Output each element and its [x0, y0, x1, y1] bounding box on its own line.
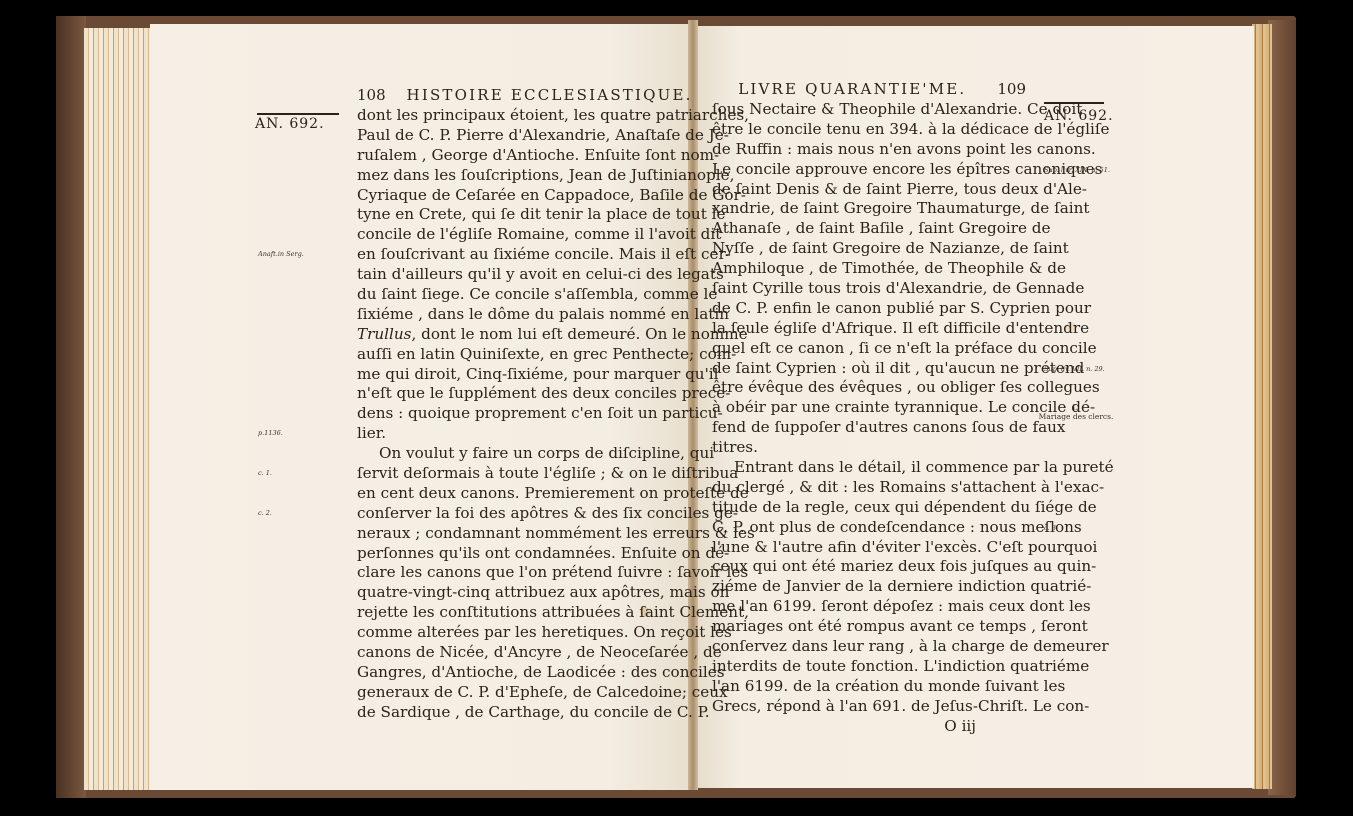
page-number: 108: [357, 86, 386, 104]
margin-year-label: AN. 692.: [1044, 108, 1114, 124]
text-line: de ſaint Denis & de ſaint Pierre, tous d…: [712, 180, 1034, 200]
signature-mark: O iij: [712, 717, 1034, 737]
text-line: Le concile approuve encore les épîtres c…: [712, 160, 1034, 180]
text-line: conſervez dans leur rang , à la charge d…: [712, 637, 1034, 657]
text-line: canons de Nicée, d'Ancyre , de Neoceſaré…: [357, 643, 683, 663]
page-edges-left: [84, 28, 152, 790]
text-line: dens : quoique proprement c'en ſoit un p…: [357, 404, 683, 424]
text-line: du ſaint ſiege. Ce concile s'aſſembla, c…: [357, 285, 683, 305]
text-line: la ſeule égliſe d'Afrique. Il eſt diffic…: [712, 319, 1034, 339]
text-line: Trullus, dont le nom lui eſt demeuré. On…: [357, 325, 683, 345]
cover-left-edge: [56, 16, 86, 798]
text-line: ſixiéme , dans le dôme du palais nommé e…: [357, 305, 683, 325]
year-rule: [257, 113, 339, 115]
text-line: Nyſſe , de ſaint Gregoire de Nazianze, d…: [712, 239, 1034, 259]
text-line: Paul de C. P. Pierre d'Alexandrie, Anaſt…: [357, 126, 683, 146]
text-line: Amphiloque , de Timothée, de Theophile &…: [712, 259, 1034, 279]
text-line: du clergé , & dit : les Romains s'attach…: [712, 478, 1034, 498]
text-line: titude de la regle, ceux qui dépendent d…: [712, 498, 1034, 518]
margin-note: p.1136.: [258, 429, 338, 438]
text-line: ceux qui ont été mariez deux fois juſque…: [712, 557, 1034, 577]
text-line: n'eſt que le ſupplément des deux concile…: [357, 384, 683, 404]
page-number: 109: [997, 80, 1026, 98]
text-line: de Ruffin : mais nous n'en avons point l…: [712, 140, 1034, 160]
text-line: l'une & l'autre afin d'éviter l'excès. C…: [712, 538, 1034, 558]
page-edges-right: [1252, 24, 1272, 789]
text-line: me l'an 6199. ſeront dépoſez : mais ceux…: [712, 597, 1034, 617]
text-line: C. P. ont plus de condeſcendance : nous …: [712, 518, 1034, 538]
text-line: l'an 6199. de la création du monde ſuiva…: [712, 677, 1034, 697]
text-line: clare les canons que l'on prétend ſuivre…: [357, 563, 683, 583]
text-line: ſous Nectaire & Theophile d'Alexandrie. …: [712, 100, 1034, 120]
text-line: interdits de toute fonction. L'indiction…: [712, 657, 1034, 677]
text-line: generaux de C. P. d'Epheſe, de Calcedoin…: [357, 683, 683, 703]
text-line: ſervit deſormais à toute l'égliſe ; & on…: [357, 464, 683, 484]
text-line: On voulut y faire un corps de diſcipline…: [357, 444, 683, 464]
text-line: à obéir par une crainte tyrannique. Le c…: [712, 398, 1034, 418]
text-line: mariages ont été rompus avant ce temps ,…: [712, 617, 1034, 637]
margin-year-label: AN. 692.: [255, 116, 325, 132]
text-line: ruſalem , George d'Antioche. Enſuite ſon…: [357, 146, 683, 166]
text-line: neraux ; condamnant nommément les erreur…: [357, 524, 683, 544]
side-heading: L. Mariage des clercs.: [1036, 403, 1116, 421]
text-line: auſſi en latin Quiniſexte, en grec Penth…: [357, 345, 683, 365]
text-line: Grecs, répond à l'an 691. de Jeſus-Chriſ…: [712, 697, 1034, 717]
margin-note: c. 1.: [258, 469, 338, 478]
running-head-title: HISTOIRE ECCLESIASTIQUE.: [407, 86, 693, 104]
text-line: fend de ſuppoſer d'autres canons ſous de…: [712, 418, 1034, 438]
left-page-text: 108 HISTOIRE ECCLESIASTIQUE. dont les pr…: [357, 86, 683, 723]
text-line: conſerver la foi des apôtres & des ſix c…: [357, 504, 683, 524]
running-head-title: LIVRE QUARANTIE'ME.: [738, 80, 966, 98]
text-line: me qui diroit, Cinq-ſixiéme, pour marque…: [357, 365, 683, 385]
text-line: ſaint Cyrille tous trois d'Alexandrie, d…: [712, 279, 1034, 299]
left-text-body: dont les principaux étoient, les quatre …: [357, 106, 683, 723]
right-text-body: ſous Nectaire & Theophile d'Alexandrie. …: [712, 100, 1034, 717]
text-line: être le concile tenu en 394. à la dédica…: [712, 120, 1034, 140]
text-line: de ſaint Cyprien : où il dit , qu'aucun …: [712, 359, 1034, 379]
cover-right-edge: [1268, 20, 1296, 795]
text-line: lier.: [357, 424, 683, 444]
text-line: dont les principaux étoient, les quatre …: [357, 106, 683, 126]
margin-note: c. 2.: [258, 509, 338, 518]
text-line: perſonnes qu'ils ont condamnées. Enſuite…: [357, 544, 683, 564]
text-line: en ſouſcrivant au ſixiéme concile. Mais …: [357, 245, 683, 265]
text-line: rejette les conſtitutions attribuées à ſ…: [357, 603, 683, 623]
text-line: tain d'ailleurs qu'il y avoit en celui-c…: [357, 265, 683, 285]
text-line: Gangres, d'Antioche, de Laodicée : des c…: [357, 663, 683, 683]
text-line: tyne en Crete, qui ſe dit tenir la place…: [357, 205, 683, 225]
text-line: être évêque des évêques , ou obliger ſes…: [712, 378, 1034, 398]
margin-note: c. 3.: [1044, 524, 1114, 533]
left-running-head: 108 HISTOIRE ECCLESIASTIQUE.: [357, 86, 683, 106]
margin-note: Sup. liv. VII. n. 29.: [1044, 365, 1114, 374]
side-heading-text: Mariage des clercs.: [1036, 412, 1116, 421]
side-heading-number: L.: [1036, 403, 1116, 412]
text-line: titres.: [712, 438, 1034, 458]
text-line: quatre-vingt-cinq attribuez aux apôtres,…: [357, 583, 683, 603]
text-line: quel eſt ce canon , ſi ce n'eſt la préfa…: [712, 339, 1034, 359]
right-page-text: LIVRE QUARANTIE'ME. 109 ſous Nectaire & …: [712, 80, 1034, 737]
text-line: de C. P. enfin le canon publié par S. Cy…: [712, 299, 1034, 319]
text-line: Entrant dans le détail, il commence par …: [712, 458, 1034, 478]
right-running-head: LIVRE QUARANTIE'ME. 109: [712, 80, 1034, 100]
text-line: Athanaſe , de ſaint Baſile , ſaint Grego…: [712, 219, 1034, 239]
margin-note: Anaft.in Serg.: [258, 250, 338, 259]
text-line: de Sardique , de Carthage, du concile de…: [357, 703, 683, 723]
text-line: Cyriaque de Ceſarée en Cappadoce, Baſile…: [357, 186, 683, 206]
text-line: mez dans les ſouſcriptions, Jean de Juſt…: [357, 166, 683, 186]
text-line: ziéme de Janvier de la derniere indictio…: [712, 577, 1034, 597]
text-line: comme alterées par les heretiques. On re…: [357, 623, 683, 643]
text-line: xandrie, de ſaint Gregoire Thaumaturge, …: [712, 199, 1034, 219]
text-line: en cent deux canons. Premierement on pro…: [357, 484, 683, 504]
margin-note: Sup. livr. XIX. n. 51.: [1044, 166, 1114, 175]
year-rule: [1044, 102, 1104, 104]
text-line: concile de l'égliſe Romaine, comme il l'…: [357, 225, 683, 245]
